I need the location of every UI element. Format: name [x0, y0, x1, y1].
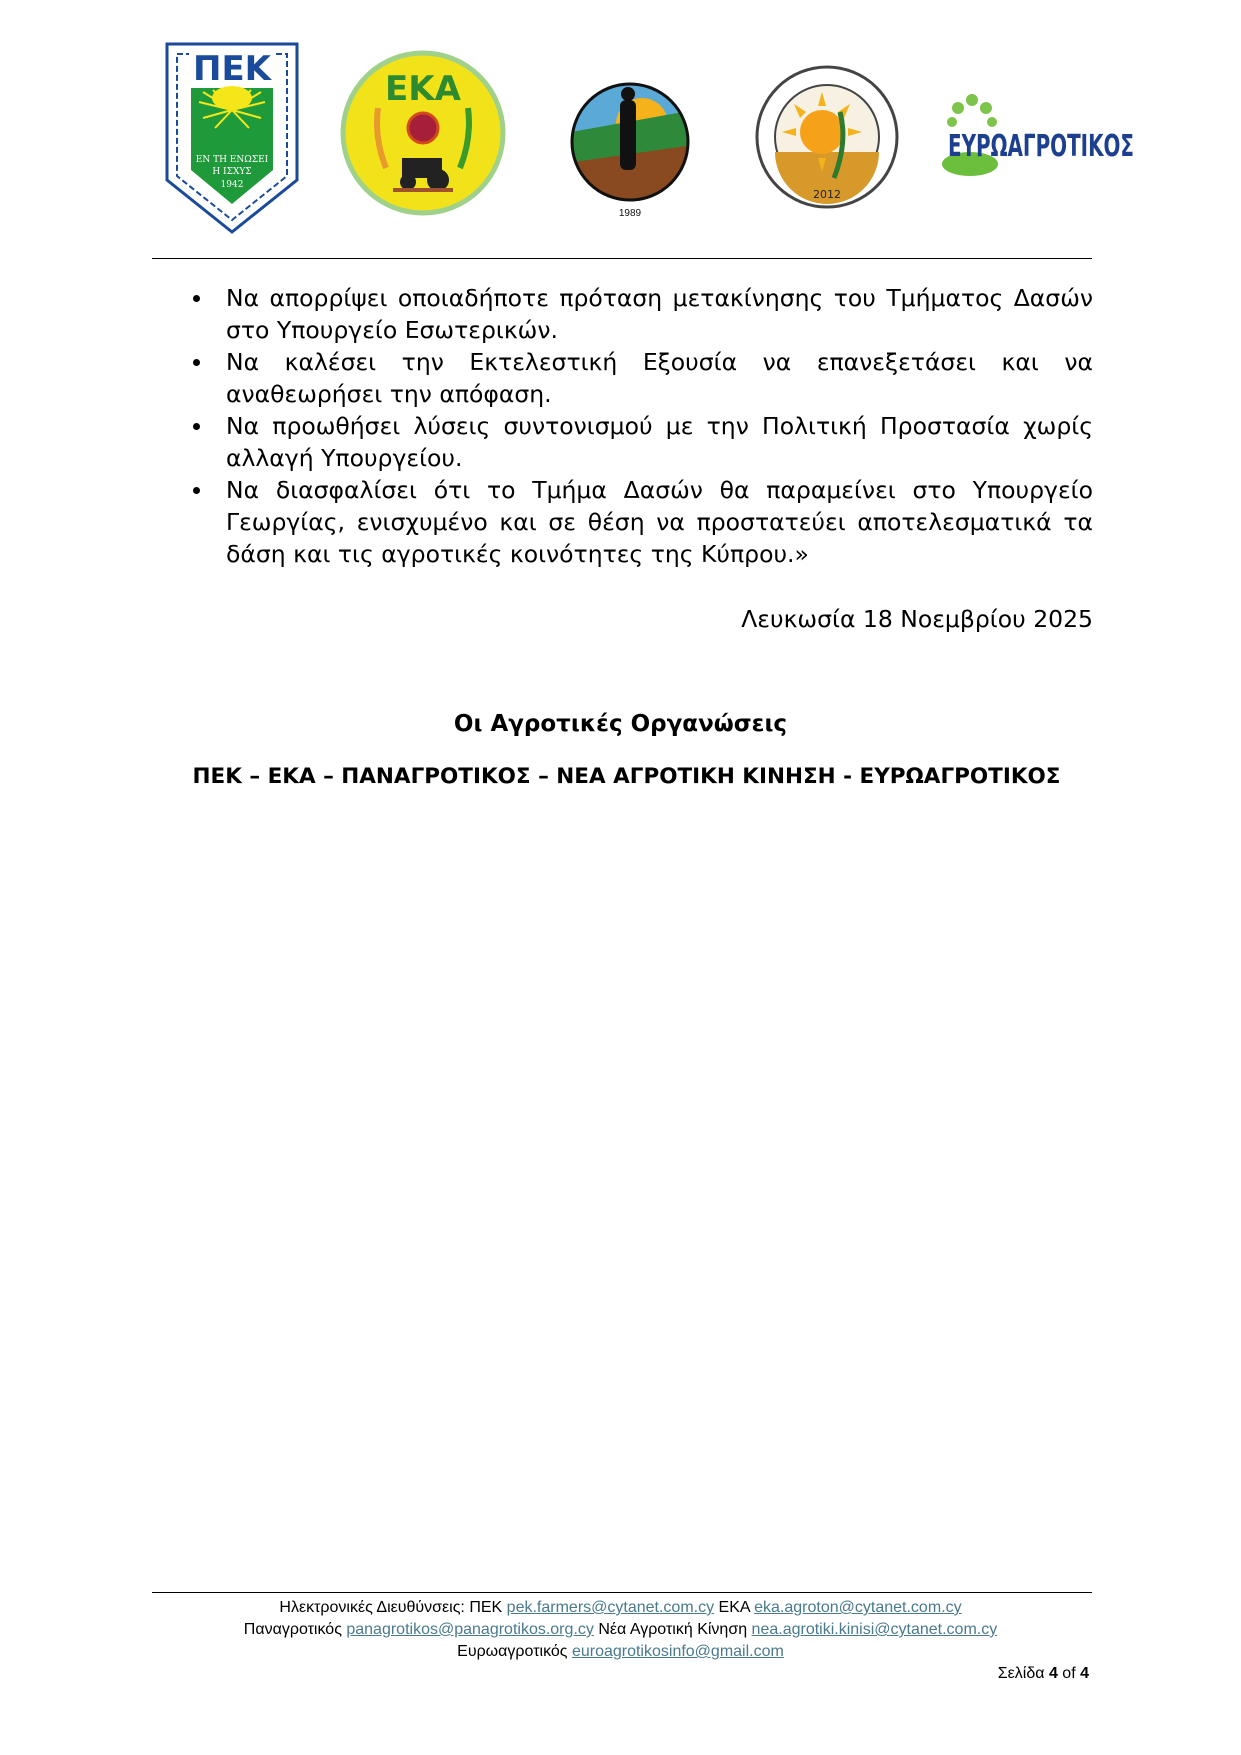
svg-text:ΕΝ ΤΗ ΕΝΩΣΕΙ: ΕΝ ΤΗ ΕΝΩΣΕΙ [196, 155, 269, 165]
signature-organizations: ΠΕΚ – ΕΚΑ – ΠΑΝΑΓΡΟΤΙΚΟΣ – ΝΕΑ ΑΓΡΟΤΙΚΗ … [0, 764, 1241, 789]
logo-header: ΠΕΚ ΕΝ ΤΗ ΕΝΩΣΕΙ Η ΙΣΧΥΣ 1942 ΕΚΑ [0, 36, 1241, 236]
svg-text:Η ΙΣΧΥΣ: Η ΙΣΧΥΣ [212, 167, 251, 177]
nea-email-link[interactable]: nea.agrotiki.kinisi@cytanet.com.cy [752, 1621, 998, 1638]
panagrotikos-logo: 1989 ΠΑΝΑΓΡΟΤΙΚΟΣ ΣΥΝΔΕΣΜΟΣ ΚΥΠΡΟΥ [560, 64, 700, 224]
list-item: Να προωθήσει λύσεις συντονισμού με την Π… [188, 410, 1093, 474]
svg-text:2012: 2012 [813, 188, 841, 201]
footer-line-1: Ηλεκτρονικές Διευθύνσεις: ΠΕΚ pek.farmer… [0, 1597, 1241, 1619]
svg-text:1942: 1942 [221, 180, 244, 190]
pek-logo-text: ΠΕΚ [193, 49, 273, 89]
footer-divider [152, 1592, 1092, 1593]
document-date: Λευκωσία 18 Νοεμβρίου 2025 [741, 605, 1093, 633]
pek-logo: ΠΕΚ ΕΝ ΤΗ ΕΝΩΣΕΙ Η ΙΣΧΥΣ 1942 [163, 40, 301, 236]
header-divider [152, 258, 1092, 259]
evroagrotikos-logo: ΕΥΡΩΑΓΡΟΤΙΚΟΣ [938, 78, 1138, 188]
list-item: Να διασφαλίσει ότι το Τμήμα Δασών θα παρ… [188, 474, 1093, 570]
footer-line-3: Ευρωαγροτικός euroagrotikosinfo@gmail.co… [0, 1641, 1241, 1663]
bullet-icon [193, 423, 200, 430]
eka-email-link[interactable]: eka.agroton@cytanet.com.cy [754, 1599, 961, 1616]
svg-text:1989: 1989 [619, 208, 642, 219]
list-item: Να απορρίψει οποιαδήποτε πρόταση μετακίν… [188, 282, 1093, 346]
evroagrotikos-logo-text: ΕΥΡΩΑΓΡΟΤΙΚΟΣ [948, 129, 1134, 164]
list-item: Να καλέσει την Εκτελεστική Εξουσία να επ… [188, 346, 1093, 410]
footer-line-2: Παναγροτικός panagrotikos@panagrotikos.o… [0, 1619, 1241, 1641]
nea-agrotiki-kinisi-logo: 2012 ΝΕΑ ΑΓΡΟΤΙΚΗ ΚΙΝΗΣΗ [752, 62, 902, 212]
eka-logo-text: ΕΚΑ [385, 69, 462, 109]
signature-title: Οι Αγροτικές Οργανώσεις [0, 711, 1241, 737]
panagrotikos-email-link[interactable]: panagrotikos@panagrotikos.org.cy [346, 1621, 594, 1638]
pek-email-link[interactable]: pek.farmers@cytanet.com.cy [507, 1599, 714, 1616]
bullet-icon [193, 359, 200, 366]
footer-contacts: Ηλεκτρονικές Διευθύνσεις: ΠΕΚ pek.farmer… [0, 1597, 1241, 1663]
eka-logo: ΕΚΑ [338, 48, 508, 218]
page-number: Σελίδα 4 of 4 [998, 1665, 1089, 1683]
bullet-icon [193, 487, 200, 494]
bullet-icon [193, 295, 200, 302]
euro-email-link[interactable]: euroagrotikosinfo@gmail.com [572, 1643, 784, 1660]
demands-list: Να απορρίψει οποιαδήποτε πρόταση μετακίν… [188, 282, 1093, 570]
